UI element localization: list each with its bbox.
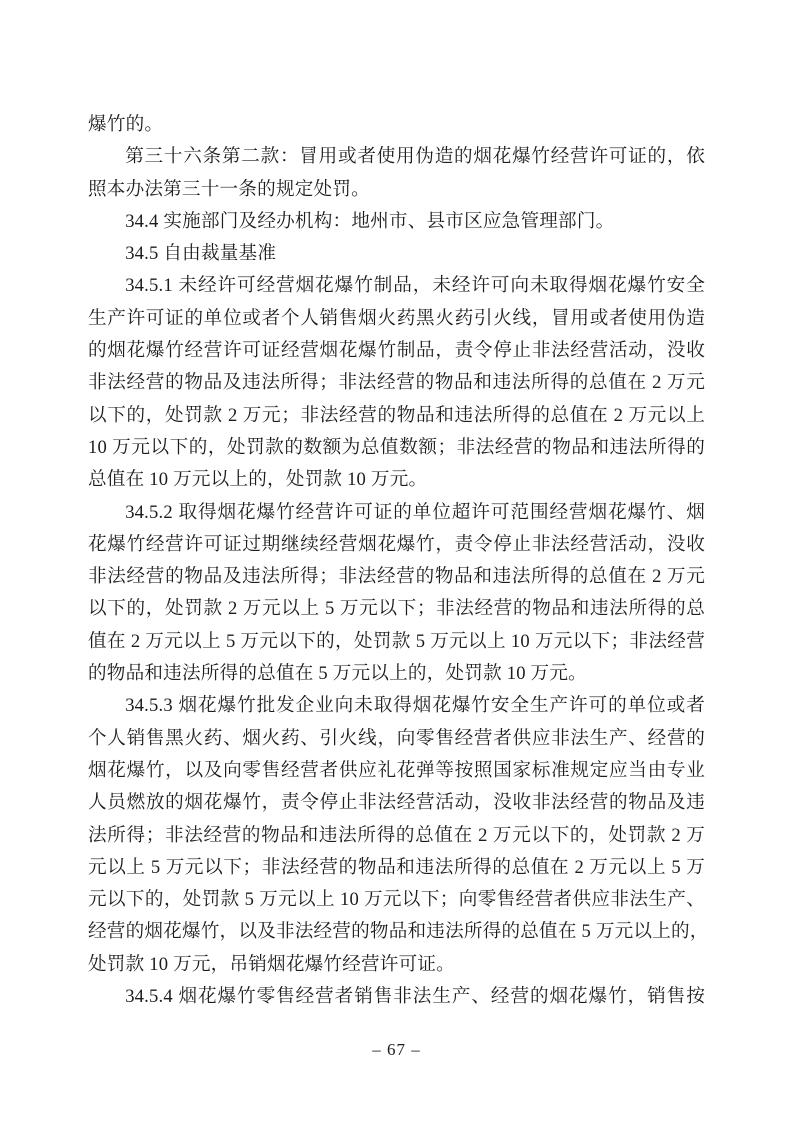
paragraph: 34.5.1 未经许可经营烟花爆竹制品，未经许可向未取得烟花爆竹安全生产许可证的… — [88, 270, 705, 496]
text-line: 法所得；非法经营的物品和违法所得的总值在 2 万元以下的，处罚款 2 万 — [88, 820, 705, 852]
text-line: 34.5 自由裁量基准 — [88, 238, 705, 270]
text-line: 生产许可证的单位或者个人销售烟火药黑火药引火线，冒用或者使用伪造 — [88, 303, 705, 335]
document-page: 爆竹的。第三十六条第二款：冒用或者使用伪造的烟花爆竹经营许可证的，依照本办法第三… — [0, 0, 793, 1122]
paragraph: 34.5.3 烟花爆竹批发企业向未取得烟花爆竹安全生产许可的单位或者个人销售黑火… — [88, 690, 705, 981]
text-line: 非法经营的物品及违法所得；非法经营的物品和违法所得的总值在 2 万元 — [88, 561, 705, 593]
text-line: 总值在 10 万元以上的，处罚款 10 万元。 — [88, 464, 705, 496]
text-line: 10 万元以下的，处罚款的数额为总值数额；非法经营的物品和违法所得的 — [88, 432, 705, 464]
paragraph: 爆竹的。 — [88, 109, 705, 141]
text-line: 值在 2 万元以上 5 万元以下的，处罚款 5 万元以上 10 万元以下；非法经… — [88, 626, 705, 658]
text-line: 个人销售黑火药、烟火药、引火线，向零售经营者供应非法生产、经营的 — [88, 723, 705, 755]
paragraph: 34.5.4 烟花爆竹零售经营者销售非法生产、经营的烟花爆竹，销售按 — [88, 981, 705, 1013]
text-line: 34.5.3 烟花爆竹批发企业向未取得烟花爆竹安全生产许可的单位或者 — [88, 690, 705, 722]
paragraph: 34.5 自由裁量基准 — [88, 238, 705, 270]
text-line: 照本办法第三十一条的规定处罚。 — [88, 174, 705, 206]
text-line: 元以下的，处罚款 5 万元以上 10 万元以下；向零售经营者供应非法生产、 — [88, 884, 705, 916]
text-line: 以下的，处罚款 2 万元；非法经营的物品和违法所得的总值在 2 万元以上 — [88, 400, 705, 432]
text-line: 的烟花爆竹经营许可证经营烟花爆竹制品，责令停止非法经营活动，没收 — [88, 335, 705, 367]
text-line: 34.5.1 未经许可经营烟花爆竹制品，未经许可向未取得烟花爆竹安全 — [88, 270, 705, 302]
paragraph: 34.4 实施部门及经办机构：地州市、县市区应急管理部门。 — [88, 206, 705, 238]
paragraph: 34.5.2 取得烟花爆竹经营许可证的单位超许可范围经营烟花爆竹、烟花爆竹经营许… — [88, 497, 705, 691]
text-line: 第三十六条第二款：冒用或者使用伪造的烟花爆竹经营许可证的，依 — [88, 141, 705, 173]
text-line: 34.4 实施部门及经办机构：地州市、县市区应急管理部门。 — [88, 206, 705, 238]
text-line: 34.5.2 取得烟花爆竹经营许可证的单位超许可范围经营烟花爆竹、烟 — [88, 497, 705, 529]
page-footer: – 67 – — [0, 1040, 793, 1060]
paragraph: 第三十六条第二款：冒用或者使用伪造的烟花爆竹经营许可证的，依照本办法第三十一条的… — [88, 141, 705, 206]
text-line: 处罚款 10 万元，吊销烟花爆竹经营许可证。 — [88, 949, 705, 981]
page-number: – 67 – — [372, 1040, 421, 1059]
text-line: 花爆竹经营许可证过期继续经营烟花爆竹，责令停止非法经营活动，没收 — [88, 529, 705, 561]
text-line: 爆竹的。 — [88, 109, 705, 141]
text-line: 人员燃放的烟花爆竹，责令停止非法经营活动，没收非法经营的物品及违 — [88, 787, 705, 819]
text-line: 烟花爆竹，以及向零售经营者供应礼花弹等按照国家标准规定应当由专业 — [88, 755, 705, 787]
document-body: 爆竹的。第三十六条第二款：冒用或者使用伪造的烟花爆竹经营许可证的，依照本办法第三… — [88, 109, 705, 1013]
text-line: 经营的烟花爆竹，以及非法经营的物品和违法所得的总值在 5 万元以上的， — [88, 916, 705, 948]
text-line: 34.5.4 烟花爆竹零售经营者销售非法生产、经营的烟花爆竹，销售按 — [88, 981, 705, 1013]
text-line: 非法经营的物品及违法所得；非法经营的物品和违法所得的总值在 2 万元 — [88, 367, 705, 399]
text-line: 元以上 5 万元以下；非法经营的物品和违法所得的总值在 2 万元以上 5 万 — [88, 852, 705, 884]
text-line: 以下的，处罚款 2 万元以上 5 万元以下；非法经营的物品和违法所得的总 — [88, 593, 705, 625]
text-line: 的物品和违法所得的总值在 5 万元以上的，处罚款 10 万元。 — [88, 658, 705, 690]
